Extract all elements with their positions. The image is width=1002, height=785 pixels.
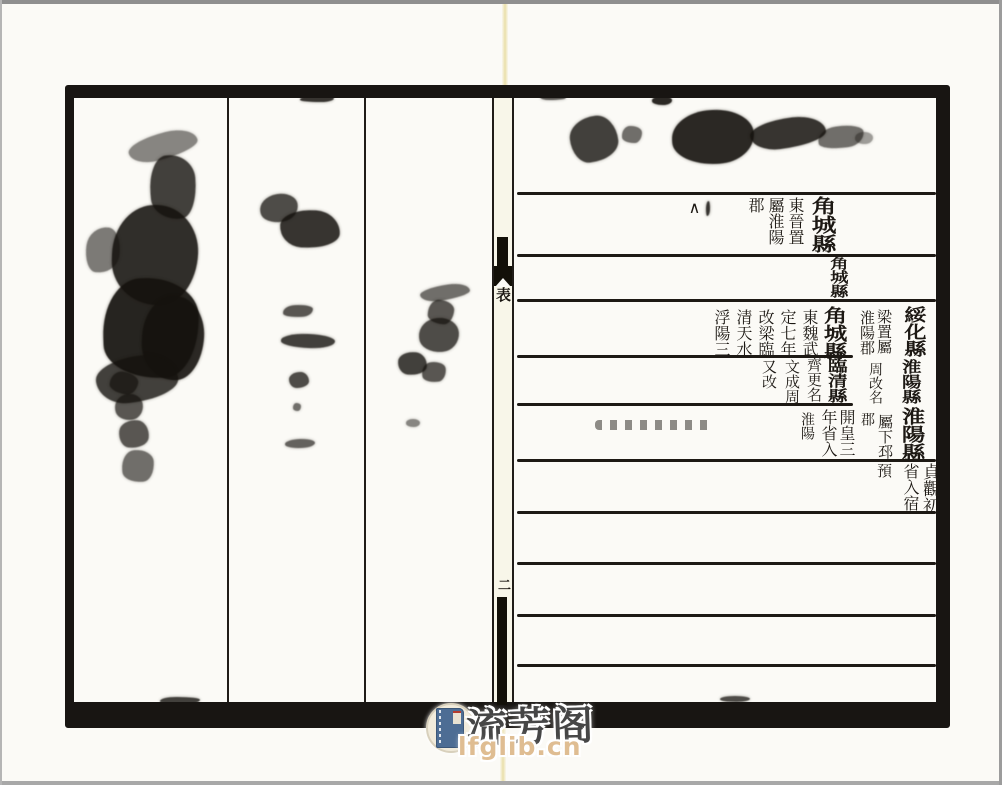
fishtail-mark [494,266,512,286]
table-text-column: 貞觀初 [920,463,937,514]
table-text-column: 年省入 [820,409,836,457]
spine-black-bar [497,237,508,267]
screenshot-edge [0,781,1002,785]
table-text-column: ∧ [686,198,702,217]
table-text-column: 浮陽三 [713,309,729,357]
table-text-column: 角城縣 [809,196,834,253]
spine-page-number: 二 [496,578,509,591]
screenshot-edge [0,0,1002,4]
table-text-column: 淮陽縣 [899,407,922,461]
spine-section-label: 表 [495,287,510,302]
table-text-column: 文成周 [784,359,799,404]
table-text-column: 周改名 [868,362,882,404]
table-text-column: 定七年 [779,309,795,357]
table-text-column: 角城縣 [829,256,847,298]
page-fold-crease [502,4,508,86]
watermark-domain: lfglib.cn [458,732,582,761]
table-text-column: 改梁臨 [757,309,773,357]
table-text-column: 角城縣 [821,306,844,360]
table-text-column: 淮陽郡 [859,310,874,355]
table-text-column: 又改 [761,359,776,389]
table-text-column: 清天水 [735,309,751,357]
table-text-column: 省入宿 [902,463,918,511]
table-text-column: 齊更名 [806,357,821,402]
table-text-column: 梁置屬 [876,309,891,354]
table-text-column: 預 [876,463,891,478]
table-text-column: 郡 [860,412,874,426]
table-text-column: 淮陽 [800,412,814,440]
table-text-column: 東魏武 [801,309,817,357]
table-text-column: 屬下邳 [877,414,892,459]
spine-black-bar [497,597,507,705]
table-text-column: 屬淮陽 [767,197,783,245]
table-text-column: 郡 [747,197,763,213]
screenshot-edge [0,0,2,785]
table-text-column: 綏化縣 [900,306,922,357]
watermark-stamp: 流芳阁 lfglib.cn [420,690,600,770]
scanned-book-spread: 表 二 角城縣東晉置屬淮陽郡∧角城縣綏化縣梁置屬淮陽郡角城縣東魏武定七年改梁臨清… [0,0,1002,785]
table-text-column: 臨清縣 [827,358,847,403]
woodblock-page-frame [65,85,950,728]
table-text-column: 開皇三 [838,409,854,457]
table-text-column: 東晉置 [787,197,803,245]
table-text-column: 淮陽縣 [901,359,921,404]
